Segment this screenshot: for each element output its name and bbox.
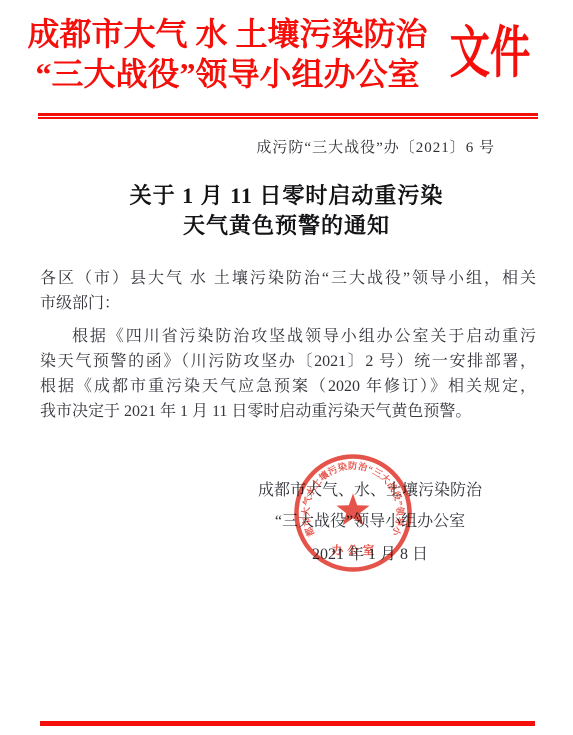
title-line-1: 关于 1 月 11 日零时启动重污染 bbox=[0, 181, 573, 211]
document-title: 关于 1 月 11 日零时启动重污染 天气黄色预警的通知 bbox=[0, 181, 573, 241]
paragraph-line-2: 染天气预警的函》（川污防攻坚办〔2021〕2 号）统一安排部署， bbox=[40, 349, 536, 374]
footer-divider bbox=[40, 721, 535, 726]
header-divider bbox=[38, 113, 538, 119]
salutation-line-1: 各区（市）县大气 水 土壤污染防治“三大战役”领导小组，相关 bbox=[40, 266, 536, 291]
document-body: 各区（市）县大气 水 土壤污染防治“三大战役”领导小组，相关 市级部门： 根据《… bbox=[40, 266, 536, 424]
salutation-line-2: 市级部门： bbox=[40, 291, 536, 316]
paragraph-line-3: 根据《成都市重污染天气应急预案（2020 年修订）》相关规定， bbox=[40, 374, 536, 399]
letterhead-org: 成都市大气 水 土壤污染防治 “三大战役”领导小组办公室 bbox=[27, 14, 427, 94]
signature-org-line-2: “三大战役”领导小组办公室 bbox=[228, 506, 512, 537]
signature-block: 成都市大气、水、土壤污染防治 “三大战役”领导小组办公室 2021 年 1 月 … bbox=[228, 475, 512, 570]
signature-date: 2021 年 1 月 8 日 bbox=[228, 539, 512, 570]
letterhead-org-line1: 成都市大气 水 土壤污染防治 bbox=[27, 14, 427, 54]
letterhead: 成都市大气 水 土壤污染防治 “三大战役”领导小组办公室 文件 bbox=[0, 14, 573, 94]
letterhead-org-line2: “三大战役”领导小组办公室 bbox=[27, 54, 427, 94]
paragraph-line-1: 根据《四川省污染防治攻坚战领导小组办公室关于启动重污 bbox=[40, 324, 536, 349]
document-page: 成都市大气 水 土壤污染防治 “三大战役”领导小组办公室 文件 成污防“三大战役… bbox=[0, 0, 573, 735]
letterhead-doc-type: 文件 bbox=[449, 26, 530, 82]
header-divider-thin-line bbox=[38, 117, 538, 119]
title-line-2: 天气黄色预警的通知 bbox=[0, 211, 573, 241]
doc-number: 成污防“三大战役”办〔2021〕6 号 bbox=[0, 136, 573, 157]
signature-org-line-1: 成都市大气、水、土壤污染防治 bbox=[228, 475, 512, 506]
paragraph-line-4: 我市决定于 2021 年 1 月 11 日零时启动重污染天气黄色预警。 bbox=[40, 399, 536, 424]
